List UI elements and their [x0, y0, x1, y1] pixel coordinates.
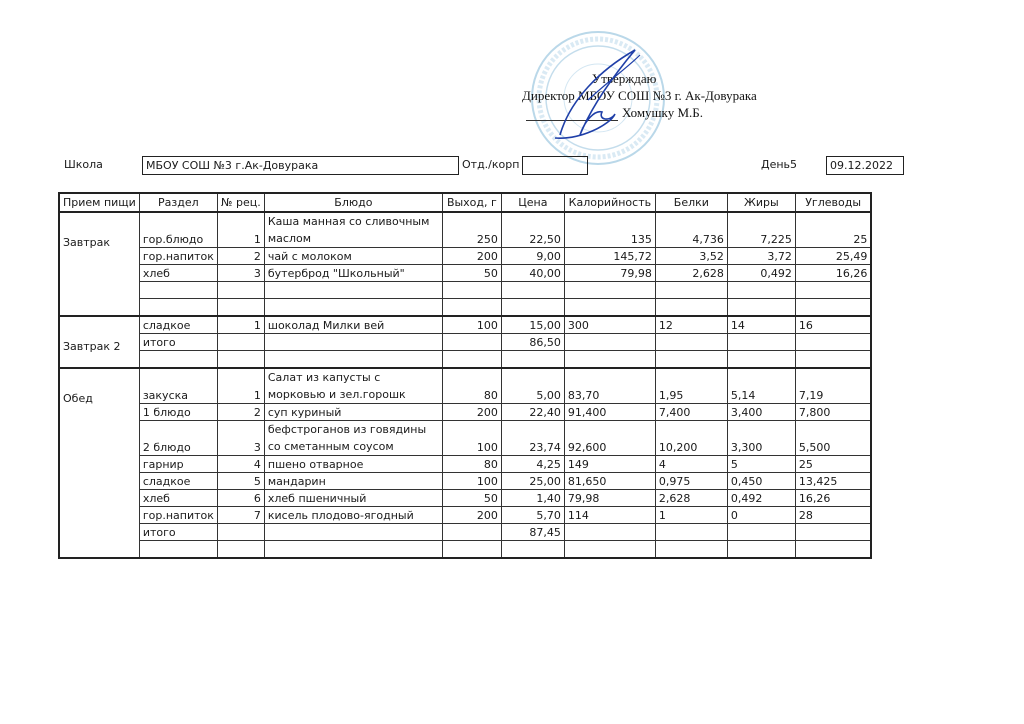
calories-cell — [564, 541, 655, 559]
calories-cell: 114 — [564, 507, 655, 524]
section-cell: гор.напиток — [139, 248, 217, 265]
dish-cell — [264, 334, 442, 351]
fat-cell — [727, 351, 795, 369]
protein-cell: 7,400 — [655, 404, 727, 421]
fat-cell: 3,300 — [727, 421, 795, 456]
protein-cell: 2,628 — [655, 265, 727, 282]
dish-cell — [264, 299, 442, 317]
col-header: Раздел — [139, 193, 217, 212]
calories-cell — [564, 524, 655, 541]
protein-cell: 10,200 — [655, 421, 727, 456]
day-label: День5 — [761, 158, 797, 171]
price-cell: 5,00 — [501, 368, 564, 404]
recipe-number-cell — [217, 282, 264, 299]
dish-cell: чай с молоком — [264, 248, 442, 265]
carbs-cell: 16,26 — [795, 490, 871, 507]
calories-cell: 83,70 — [564, 368, 655, 404]
recipe-number-cell: 7 — [217, 507, 264, 524]
col-header: № рец. — [217, 193, 264, 212]
fat-cell — [727, 282, 795, 299]
recipe-number-cell: 2 — [217, 404, 264, 421]
dish-cell — [264, 541, 442, 559]
col-header: Калорийность — [564, 193, 655, 212]
yield-cell — [442, 541, 501, 559]
dish-cell: кисель плодово-ягодный — [264, 507, 442, 524]
price-cell: 9,00 — [501, 248, 564, 265]
section-cell: сладкое — [139, 316, 217, 334]
calories-cell: 92,600 — [564, 421, 655, 456]
protein-cell: 0,975 — [655, 473, 727, 490]
calories-cell: 79,98 — [564, 265, 655, 282]
section-cell — [139, 351, 217, 369]
table-row: гор.напиток7кисель плодово-ягодный2005,7… — [59, 507, 871, 524]
price-cell: 40,00 — [501, 265, 564, 282]
protein-cell — [655, 299, 727, 317]
section-cell: 1 блюдо — [139, 404, 217, 421]
section-cell: итого — [139, 334, 217, 351]
table-row: 1 блюдо2суп куриный20022,4091,4007,4003,… — [59, 404, 871, 421]
price-cell: 4,25 — [501, 456, 564, 473]
protein-cell: 4,736 — [655, 212, 727, 248]
yield-cell: 250 — [442, 212, 501, 248]
dept-label: Отд./корп — [462, 158, 519, 171]
recipe-number-cell — [217, 299, 264, 317]
yield-cell: 200 — [442, 404, 501, 421]
yield-cell: 200 — [442, 507, 501, 524]
protein-cell — [655, 282, 727, 299]
price-cell: 22,40 — [501, 404, 564, 421]
section-cell: итого — [139, 524, 217, 541]
table-row: гарнир4пшено отварное804,251494525 — [59, 456, 871, 473]
calories-cell: 79,98 — [564, 490, 655, 507]
yield-cell: 200 — [442, 248, 501, 265]
recipe-number-cell: 3 — [217, 265, 264, 282]
school-field: МБОУ СОШ №3 г.Ак-Довурака — [142, 156, 459, 175]
recipe-number-cell — [217, 351, 264, 369]
signature — [540, 40, 650, 150]
col-header: Жиры — [727, 193, 795, 212]
dept-field — [522, 156, 588, 175]
yield-cell — [442, 334, 501, 351]
yield-cell: 100 — [442, 473, 501, 490]
dish-cell: Каша манная со сливочным маслом — [264, 212, 442, 248]
section-cell: сладкое — [139, 473, 217, 490]
protein-cell: 3,52 — [655, 248, 727, 265]
price-cell — [501, 351, 564, 369]
table-row: Обедзакуска1Салат из капусты с морковью … — [59, 368, 871, 404]
table-row: хлеб3бутерброд "Школьный"5040,0079,982,6… — [59, 265, 871, 282]
col-header: Цена — [501, 193, 564, 212]
yield-cell — [442, 524, 501, 541]
protein-cell — [655, 541, 727, 559]
meal-name: Обед — [59, 368, 139, 558]
section-cell: 2 блюдо — [139, 421, 217, 456]
carbs-cell: 25 — [795, 212, 871, 248]
yield-cell — [442, 351, 501, 369]
price-cell — [501, 541, 564, 559]
carbs-cell: 25 — [795, 456, 871, 473]
fat-cell: 3,72 — [727, 248, 795, 265]
col-header: Прием пищи — [59, 193, 139, 212]
carbs-cell: 25,49 — [795, 248, 871, 265]
carbs-cell: 16 — [795, 316, 871, 334]
meal-name: Завтрак — [59, 212, 139, 316]
fat-cell: 5 — [727, 456, 795, 473]
protein-cell — [655, 351, 727, 369]
table-row: сладкое5мандарин10025,0081,6500,9750,450… — [59, 473, 871, 490]
price-cell: 86,50 — [501, 334, 564, 351]
section-cell — [139, 282, 217, 299]
section-cell: гарнир — [139, 456, 217, 473]
carbs-cell: 7,19 — [795, 368, 871, 404]
col-header: Белки — [655, 193, 727, 212]
dish-cell: пшено отварное — [264, 456, 442, 473]
carbs-cell — [795, 299, 871, 317]
calories-cell — [564, 334, 655, 351]
meal-name: Завтрак 2 — [59, 316, 139, 368]
table-row: гор.напиток2чай с молоком2009,00145,723,… — [59, 248, 871, 265]
fat-cell: 7,225 — [727, 212, 795, 248]
section-cell — [139, 541, 217, 559]
table-row: хлеб6хлеб пшеничный501,4079,982,6280,492… — [59, 490, 871, 507]
recipe-number-cell: 1 — [217, 368, 264, 404]
recipe-number-cell: 6 — [217, 490, 264, 507]
table-row — [59, 351, 871, 369]
date-field: 09.12.2022 — [826, 156, 904, 175]
carbs-cell — [795, 524, 871, 541]
dish-cell: хлеб пшеничный — [264, 490, 442, 507]
fat-cell — [727, 541, 795, 559]
table-row: Завтракгор.блюдо1Каша манная со сливочны… — [59, 212, 871, 248]
recipe-number-cell — [217, 334, 264, 351]
yield-cell: 100 — [442, 316, 501, 334]
dish-cell: Салат из капусты с морковью и зел.горошк — [264, 368, 442, 404]
col-header: Углеводы — [795, 193, 871, 212]
fat-cell: 0,492 — [727, 265, 795, 282]
fat-cell — [727, 334, 795, 351]
fat-cell: 0,492 — [727, 490, 795, 507]
carbs-cell: 13,425 — [795, 473, 871, 490]
price-cell: 1,40 — [501, 490, 564, 507]
price-cell: 87,45 — [501, 524, 564, 541]
section-cell: закуска — [139, 368, 217, 404]
price-cell: 25,00 — [501, 473, 564, 490]
recipe-number-cell: 4 — [217, 456, 264, 473]
col-header: Блюдо — [264, 193, 442, 212]
recipe-number-cell: 5 — [217, 473, 264, 490]
carbs-cell — [795, 334, 871, 351]
recipe-number-cell — [217, 524, 264, 541]
section-cell: гор.напиток — [139, 507, 217, 524]
yield-cell: 80 — [442, 456, 501, 473]
calories-cell: 91,400 — [564, 404, 655, 421]
dish-cell: шоколад Милки вей — [264, 316, 442, 334]
table-row: 2 блюдо3бефстроганов из говядины со смет… — [59, 421, 871, 456]
protein-cell: 2,628 — [655, 490, 727, 507]
calories-cell: 300 — [564, 316, 655, 334]
section-cell: хлеб — [139, 265, 217, 282]
protein-cell: 12 — [655, 316, 727, 334]
protein-cell: 4 — [655, 456, 727, 473]
carbs-cell: 16,26 — [795, 265, 871, 282]
price-cell: 22,50 — [501, 212, 564, 248]
yield-cell: 50 — [442, 265, 501, 282]
table-row — [59, 282, 871, 299]
yield-cell — [442, 299, 501, 317]
dish-cell — [264, 282, 442, 299]
table-row — [59, 299, 871, 317]
carbs-cell — [795, 282, 871, 299]
school-label: Школа — [64, 158, 103, 171]
fat-cell: 0 — [727, 507, 795, 524]
yield-cell — [442, 282, 501, 299]
protein-cell — [655, 334, 727, 351]
yield-cell: 50 — [442, 490, 501, 507]
col-header: Выход, г — [442, 193, 501, 212]
calories-cell: 145,72 — [564, 248, 655, 265]
dish-cell — [264, 351, 442, 369]
section-cell: гор.блюдо — [139, 212, 217, 248]
yield-cell: 100 — [442, 421, 501, 456]
menu-table: Прием пищи Раздел № рец. Блюдо Выход, г … — [58, 192, 872, 559]
price-cell — [501, 299, 564, 317]
yield-cell: 80 — [442, 368, 501, 404]
calories-cell — [564, 299, 655, 317]
price-cell: 15,00 — [501, 316, 564, 334]
table-header-row: Прием пищи Раздел № рец. Блюдо Выход, г … — [59, 193, 871, 212]
carbs-cell — [795, 351, 871, 369]
fat-cell: 5,14 — [727, 368, 795, 404]
section-cell: хлеб — [139, 490, 217, 507]
price-cell: 23,74 — [501, 421, 564, 456]
section-cell — [139, 299, 217, 317]
fat-cell: 14 — [727, 316, 795, 334]
calories-cell: 149 — [564, 456, 655, 473]
table-row: итого86,50 — [59, 334, 871, 351]
carbs-cell: 28 — [795, 507, 871, 524]
price-cell — [501, 282, 564, 299]
fat-cell: 3,400 — [727, 404, 795, 421]
recipe-number-cell — [217, 541, 264, 559]
price-cell: 5,70 — [501, 507, 564, 524]
recipe-number-cell: 3 — [217, 421, 264, 456]
fat-cell: 0,450 — [727, 473, 795, 490]
dish-cell: бефстроганов из говядины со сметанным со… — [264, 421, 442, 456]
recipe-number-cell: 2 — [217, 248, 264, 265]
carbs-cell: 7,800 — [795, 404, 871, 421]
protein-cell: 1,95 — [655, 368, 727, 404]
table-row — [59, 541, 871, 559]
carbs-cell: 5,500 — [795, 421, 871, 456]
recipe-number-cell: 1 — [217, 212, 264, 248]
table-row: итого87,45 — [59, 524, 871, 541]
dish-cell: суп куриный — [264, 404, 442, 421]
dish-cell: мандарин — [264, 473, 442, 490]
calories-cell: 81,650 — [564, 473, 655, 490]
recipe-number-cell: 1 — [217, 316, 264, 334]
calories-cell: 135 — [564, 212, 655, 248]
carbs-cell — [795, 541, 871, 559]
dish-cell — [264, 524, 442, 541]
table-row: Завтрак 2сладкое1шоколад Милки вей10015,… — [59, 316, 871, 334]
calories-cell — [564, 351, 655, 369]
fat-cell — [727, 299, 795, 317]
protein-cell: 1 — [655, 507, 727, 524]
dish-cell: бутерброд "Школьный" — [264, 265, 442, 282]
fat-cell — [727, 524, 795, 541]
protein-cell — [655, 524, 727, 541]
calories-cell — [564, 282, 655, 299]
